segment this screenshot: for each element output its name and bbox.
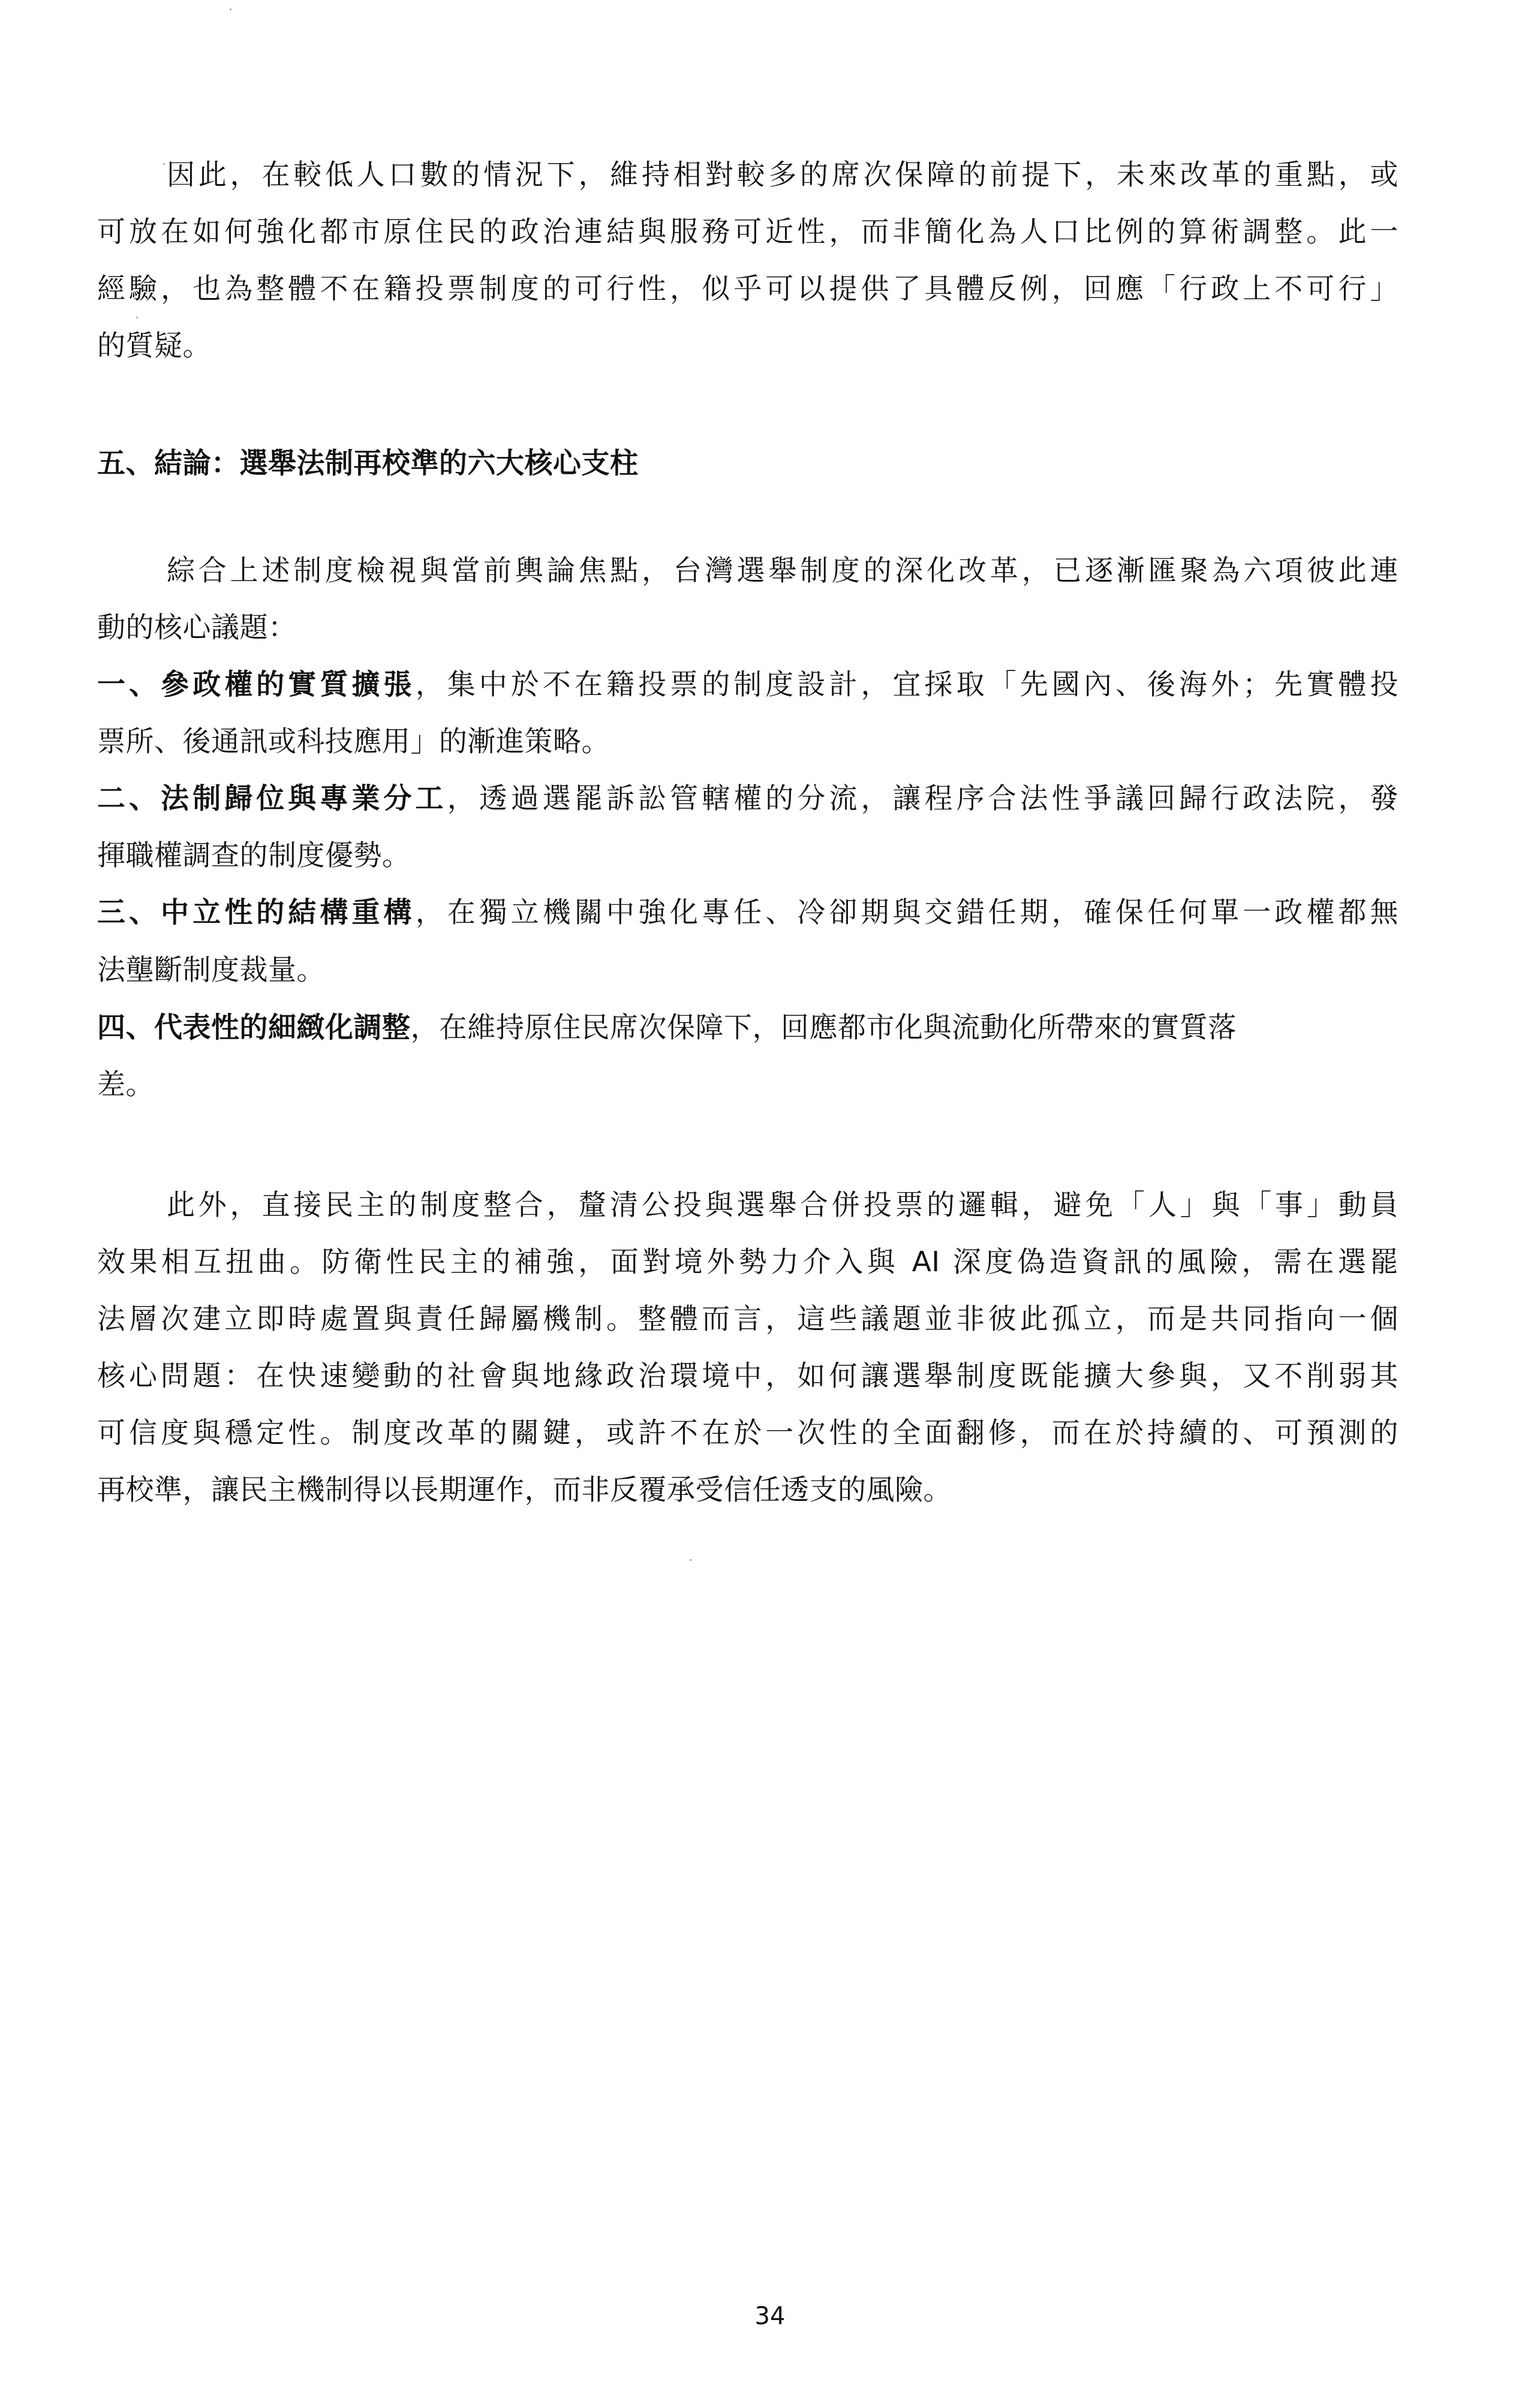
list-item-line: 二、法制歸位與專業分工，透過選罷訴訟管轄權的分流，讓程序合法性爭議回歸行政法院，… xyxy=(97,781,1398,817)
paragraph-line: 的質疑。 xyxy=(97,328,211,364)
paragraph-line: 核心問題：在快速變動的社會與地緣政治環境中，如何讓選舉制度既能擴大參與，又不削弱… xyxy=(97,1358,1398,1394)
paragraph-line: 效果相互扭曲。防衛性民主的補強，面對境外勢力介入與 AI 深度偽造資訊的風險，需… xyxy=(97,1244,1398,1280)
scan-artifact xyxy=(163,163,165,165)
list-item-text: ，在獨立機關中強化專任、冷卻期與交錯任期，確保任何單一政權都無 xyxy=(416,896,1398,929)
paragraph-line: 經驗，也為整體不在籍投票制度的可行性，似乎可以提供了具體反例，回應「行政上不可行… xyxy=(97,271,1398,307)
document-page: 因此，在較低人口數的情況下，維持相對較多的席次保障的前提下，未來改革的重點，或 … xyxy=(0,0,1540,2392)
list-item-line: 差。 xyxy=(97,1067,154,1103)
page-number: 34 xyxy=(0,2301,1540,2331)
list-item-title: 三、中立性的結構重構 xyxy=(97,896,416,929)
list-item-line: 一、參政權的實質擴張，集中於不在籍投票的制度設計，宜採取「先國內、後海外；先實體… xyxy=(97,667,1398,703)
list-item-text: ，集中於不在籍投票的制度設計，宜採取「先國內、後海外；先實體投 xyxy=(416,668,1398,701)
list-item-line: 票所、後通訊或科技應用」的漸進策略。 xyxy=(97,724,610,760)
paragraph-line: 動的核心議題： xyxy=(97,610,297,646)
scan-artifact xyxy=(230,8,231,10)
section-heading: 五、結論：選舉法制再校準的六大核心支柱 xyxy=(97,446,639,482)
list-item-text: ，在維持原住民席次保障下，回應都市化與流動化所帶來的實質落 xyxy=(411,1011,1237,1044)
scan-artifact xyxy=(690,1559,691,1561)
list-item-line: 四、代表性的細緻化調整，在維持原住民席次保障下，回應都市化與流動化所帶來的實質落 xyxy=(97,1010,1356,1046)
paragraph-line: 綜合上述制度檢視與當前輿論焦點，台灣選舉制度的深化改革，已逐漸匯聚為六項彼此連 xyxy=(167,553,1398,589)
paragraph-line: 法層次建立即時處置與責任歸屬機制。整體而言，這些議題並非彼此孤立，而是共同指向一… xyxy=(97,1301,1398,1337)
paragraph-line: 可信度與穩定性。制度改革的關鍵，或許不在於一次性的全面翻修，而在於持續的、可預測… xyxy=(97,1415,1398,1451)
list-item-title: 一、參政權的實質擴張 xyxy=(97,668,416,701)
list-item-line: 三、中立性的結構重構，在獨立機關中強化專任、冷卻期與交錯任期，確保任何單一政權都… xyxy=(97,895,1398,931)
paragraph-line: 再校準，讓民主機制得以長期運作，而非反覆承受信任透支的風險。 xyxy=(97,1472,952,1508)
list-item-text: ，透過選罷訴訟管轄權的分流，讓程序合法性爭議回歸行政法院，發 xyxy=(447,782,1398,815)
list-item-title: 四、代表性的細緻化調整 xyxy=(97,1011,411,1044)
paragraph-line: 可放在如何強化都市原住民的政治連結與服務可近性，而非簡化為人口比例的算術調整。此… xyxy=(97,214,1398,250)
paragraph-line: 因此，在較低人口數的情況下，維持相對較多的席次保障的前提下，未來改革的重點，或 xyxy=(167,157,1398,193)
scan-artifact xyxy=(136,317,138,318)
list-item-line: 法壟斷制度裁量。 xyxy=(97,952,325,988)
list-item-title: 二、法制歸位與專業分工 xyxy=(97,782,447,815)
paragraph-line: 此外，直接民主的制度整合，釐清公投與選舉合併投票的邏輯，避免「人」與「事」動員 xyxy=(167,1187,1398,1223)
list-item-line: 揮職權調查的制度優勢。 xyxy=(97,838,411,874)
